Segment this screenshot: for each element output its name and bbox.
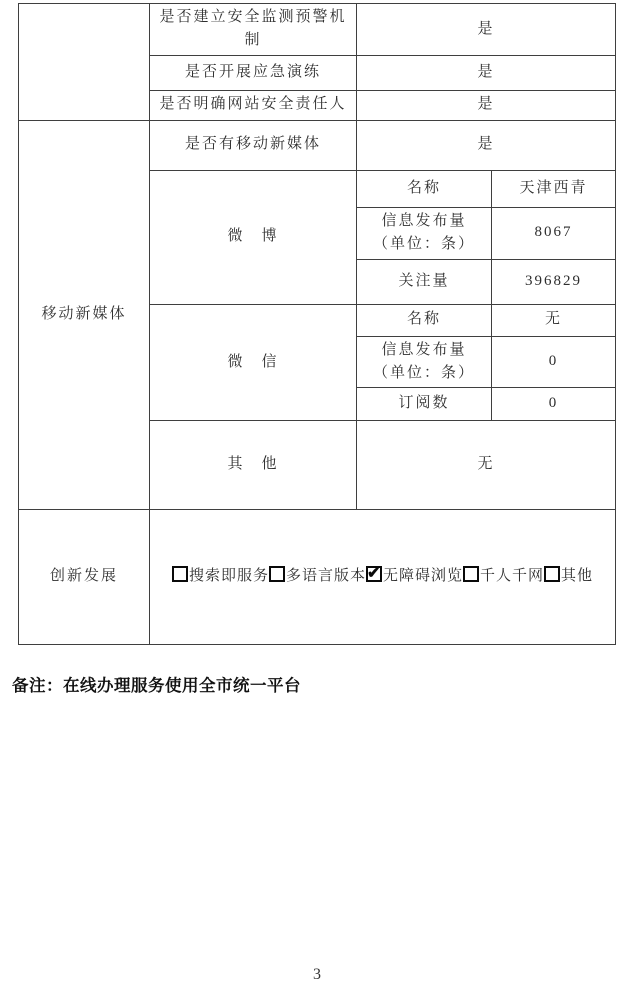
- wechat-name-label: 名称: [357, 304, 492, 336]
- security-question-3: 是否明确网站安全责任人: [150, 90, 357, 120]
- section-label-innovation: 创新发展: [19, 510, 150, 645]
- section-label-mobile-media: 移动新媒体: [19, 120, 150, 510]
- option-accessible-browsing[interactable]: 无障碍浏览: [366, 568, 463, 584]
- weibo-posts-label: 信息发布量 （单位：条）: [357, 207, 492, 259]
- checkbox-icon[interactable]: [269, 566, 285, 582]
- has-mobile-media-question: 是否有移动新媒体: [150, 120, 357, 170]
- option-label: 多语言版本: [286, 568, 366, 584]
- section-cell-continued: [19, 4, 150, 121]
- report-page: 是否建立安全监测预警机制 是 是否开展应急演练 是 是否明确网站安全责任人 是 …: [0, 0, 634, 998]
- option-search-as-service[interactable]: 搜索即服务: [172, 568, 269, 584]
- checkbox-icon[interactable]: [172, 566, 188, 582]
- wechat-posts-label: 信息发布量 （单位：条）: [357, 336, 492, 388]
- annual-report-table: 是否建立安全监测预警机制 是 是否开展应急演练 是 是否明确网站安全责任人 是 …: [18, 3, 616, 645]
- option-other[interactable]: 其他: [544, 568, 593, 584]
- option-thousand-sites[interactable]: 千人千网: [463, 568, 544, 584]
- wechat-subscribers-value: 0: [492, 388, 616, 421]
- checkbox-icon[interactable]: [544, 566, 560, 582]
- security-answer-3: 是: [357, 90, 616, 120]
- security-answer-2: 是: [357, 55, 616, 90]
- weibo-followers-label: 关注量: [357, 259, 492, 304]
- wechat-name-value: 无: [492, 304, 616, 336]
- option-label: 搜索即服务: [189, 568, 269, 584]
- wechat-label: 微 信: [150, 304, 357, 421]
- option-label: 其他: [561, 568, 593, 584]
- weibo-name-label: 名称: [357, 170, 492, 207]
- weibo-name-value: 天津西青: [492, 170, 616, 207]
- option-label: 千人千网: [480, 568, 544, 584]
- security-question-2: 是否开展应急演练: [150, 55, 357, 90]
- has-mobile-media-answer: 是: [357, 120, 616, 170]
- other-media-value: 无: [357, 421, 616, 510]
- page-number: 3: [0, 966, 634, 984]
- other-media-label: 其 他: [150, 421, 357, 510]
- option-multilingual[interactable]: 多语言版本: [269, 568, 366, 584]
- weibo-followers-value: 396829: [492, 259, 616, 304]
- innovation-options-cell: 搜索即服务多语言版本无障碍浏览千人千网其他: [150, 510, 616, 645]
- wechat-posts-value: 0: [492, 336, 616, 388]
- checkbox-checked-icon[interactable]: [366, 566, 382, 582]
- security-question-1: 是否建立安全监测预警机制: [150, 4, 357, 56]
- option-label: 无障碍浏览: [383, 568, 463, 584]
- weibo-posts-value: 8067: [492, 207, 616, 259]
- weibo-label: 微 博: [150, 170, 357, 304]
- checkbox-icon[interactable]: [463, 566, 479, 582]
- remark-note: 备注：在线办理服务使用全市统一平台: [12, 672, 301, 696]
- security-answer-1: 是: [357, 4, 616, 56]
- wechat-subscribers-label: 订阅数: [357, 388, 492, 421]
